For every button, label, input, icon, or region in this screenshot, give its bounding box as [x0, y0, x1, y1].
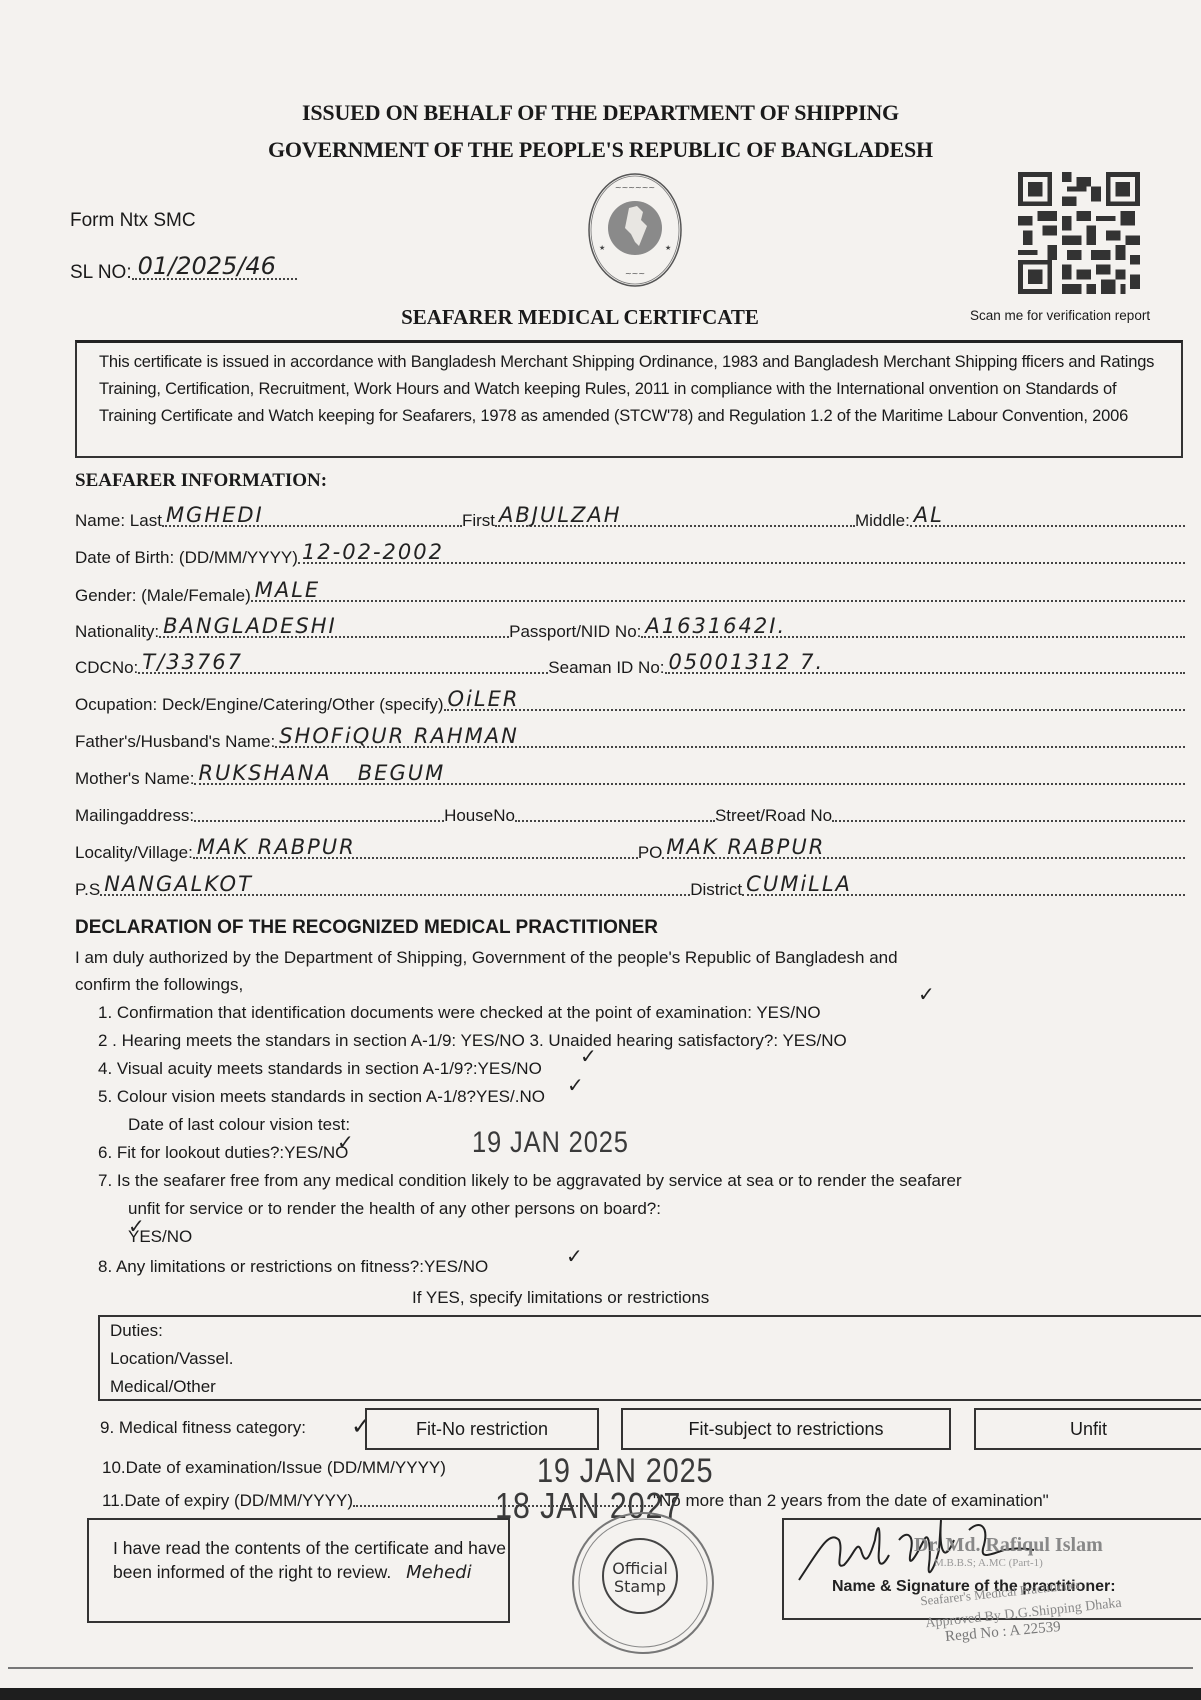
question-7: 7. Is the seafarer free from any medical… [98, 1171, 962, 1191]
check-mark-icon: ✓ [566, 1244, 583, 1268]
check-mark-icon: ✓ [337, 1130, 354, 1154]
question-1: 1. Confirmation that identification docu… [98, 1003, 821, 1023]
svg-text:★: ★ [665, 244, 671, 252]
father-name-field[interactable]: SHOFiQUR RAHMAN [275, 746, 1185, 748]
district-field[interactable]: CUMiLLA [742, 894, 1185, 896]
seafarer-acknowledgement-box: I have read the contents of the certific… [87, 1518, 510, 1623]
check-mark-icon: ✓ [918, 982, 935, 1006]
dob-row: Date of Birth: (DD/MM/YYYY) 12-02-2002 [75, 542, 1185, 568]
last-name-field[interactable]: MGHEDI [162, 525, 462, 527]
certificate-page: ISSUED ON BEHALF OF THE DEPARTMENT OF SH… [0, 0, 1201, 1688]
svg-text:~~~~~~: ~~~~~~ [615, 183, 655, 192]
svg-text:~~~: ~~~ [625, 269, 645, 278]
svg-text:★: ★ [599, 244, 605, 252]
gender-row: Gender: (Male/Female) MALE [75, 580, 1185, 606]
fitness-category-label: 9. Medical fitness category: [100, 1418, 306, 1438]
practitioner-signature-box: Dr. Md. Rafiqul Islam M.B.B.S; A.MC (Par… [782, 1518, 1201, 1620]
house-no-field[interactable] [515, 820, 715, 822]
expiry-date-label: 11.Date of expiry (DD/MM/YYYY) [102, 1491, 353, 1511]
certificate-title: SEAFARER MEDICAL CERTIFCATE [0, 305, 1160, 330]
restrictions-label: If YES, specify limitations or restricti… [412, 1288, 709, 1308]
issuer-line-1: ISSUED ON BEHALF OF THE DEPARTMENT OF SH… [0, 100, 1201, 126]
issuer-line-2: GOVERNMENT OF THE PEOPLE'S REPUBLIC OF B… [0, 137, 1201, 163]
seafarer-signature: Mehedi [406, 1562, 472, 1583]
serial-number-row: SL NO: 01/2025/46 [70, 262, 297, 284]
ps-row: P.S NANGALKOT District CUMiLLA [75, 874, 1185, 900]
check-mark-icon: ✓ [567, 1073, 584, 1097]
mailing-row: Mailingaddress: HouseNo Street/Road No [75, 800, 1185, 826]
question-6: 6. Fit for lookout duties?:YES/NO [98, 1143, 348, 1163]
nationality-row: Nationality: BANGLADESHI Passport/NID No… [75, 616, 1185, 642]
seaman-id-field[interactable]: 05001312 7. [665, 672, 1185, 674]
street-field[interactable] [832, 820, 1185, 822]
question-8: 8. Any limitations or restrictions on fi… [98, 1257, 488, 1277]
seafarer-info-heading: SEAFARER INFORMATION: [75, 470, 327, 492]
occupation-row: Ocupation: Deck/Engine/Catering/Other (s… [75, 689, 1185, 715]
form-number: Form Ntx SMC [70, 210, 196, 232]
locality-field[interactable]: MAK RABPUR [193, 857, 638, 859]
cdc-field[interactable]: T/33767 [138, 672, 548, 674]
mother-row: Mother's Name: RUKSHANA BEGUM [75, 763, 1185, 789]
father-row: Father's/Husband's Name: SHOFiQUR RAHMAN [75, 726, 1185, 752]
practitioner-name-stamp: Dr. Md. Rafiqul Islam [914, 1534, 1103, 1557]
mother-name-field[interactable]: RUKSHANA BEGUM [194, 783, 1185, 785]
serial-label: SL NO: [70, 262, 132, 284]
colour-test-label: Date of last colour vision test: [128, 1115, 350, 1135]
svg-text:Official: Official [612, 1559, 668, 1578]
mailing-address-field[interactable] [194, 820, 444, 822]
ps-field[interactable]: NANGALKOT [100, 894, 690, 896]
exam-date-label: 10.Date of examination/Issue (DD/MM/YYYY… [102, 1458, 446, 1478]
passport-field[interactable]: A1631642I. [641, 636, 1185, 638]
serial-value: 01/2025/46 [138, 252, 276, 280]
check-mark-icon: ✓ [128, 1214, 145, 1238]
cdc-row: CDCNo: T/33767 Seaman ID No: 05001312 7. [75, 652, 1185, 678]
locality-row: Locality/Village: MAK RABPUR PO MAK RABP… [75, 837, 1185, 863]
question-2-3: 2 . Hearing meets the standars in sectio… [98, 1031, 847, 1051]
fit-subject-to-restrictions-option[interactable]: Fit-subject to restrictions [621, 1408, 951, 1450]
official-stamp-icon: Official Stamp [568, 1508, 718, 1658]
declaration-intro-1: I am duly authorized by the Department o… [75, 948, 898, 968]
svg-text:Stamp: Stamp [614, 1577, 666, 1596]
gender-field[interactable]: MALE [251, 600, 1185, 602]
dob-field[interactable]: 12-02-2002 [298, 562, 1185, 564]
question-5: 5. Colour vision meets standards in sect… [98, 1087, 545, 1107]
declaration-intro-2: confirm the followings, [75, 975, 243, 995]
bottom-divider [8, 1667, 1193, 1669]
nationality-field[interactable]: BANGLADESHI [159, 636, 509, 638]
restrictions-box[interactable]: Duties: Location/Vassel. Medical/Other [98, 1315, 1201, 1401]
colour-test-date-stamp: 19 JAN 2025 [472, 1126, 629, 1160]
practitioner-qualification: M.B.B.S; A.MC (Part-1) [934, 1557, 1043, 1569]
legal-basis-box: This certificate is issued in accordance… [75, 340, 1183, 458]
question-7-cont: unfit for service or to render the healt… [128, 1199, 661, 1219]
declaration-heading: DECLARATION OF THE RECOGNIZED MEDICAL PR… [75, 917, 658, 939]
fit-no-restriction-option[interactable]: Fit-No restriction [365, 1408, 599, 1450]
verification-qr-code[interactable] [1018, 172, 1140, 294]
po-field[interactable]: MAK RABPUR [662, 857, 1185, 859]
occupation-field[interactable]: OiLER [444, 709, 1185, 711]
middle-name-field[interactable]: AL [910, 525, 1185, 527]
government-emblem-icon: ~~~~~~ ~~~ ★ ★ [585, 170, 685, 290]
question-4: 4. Visual acuity meets standards in sect… [98, 1059, 542, 1079]
check-mark-icon: ✓ [580, 1044, 597, 1068]
unfit-option[interactable]: Unfit [974, 1408, 1201, 1450]
first-name-field[interactable]: ABJULZAH [495, 525, 855, 527]
name-row: Name: Last MGHEDI First ABJULZAH Middle:… [75, 505, 1185, 531]
